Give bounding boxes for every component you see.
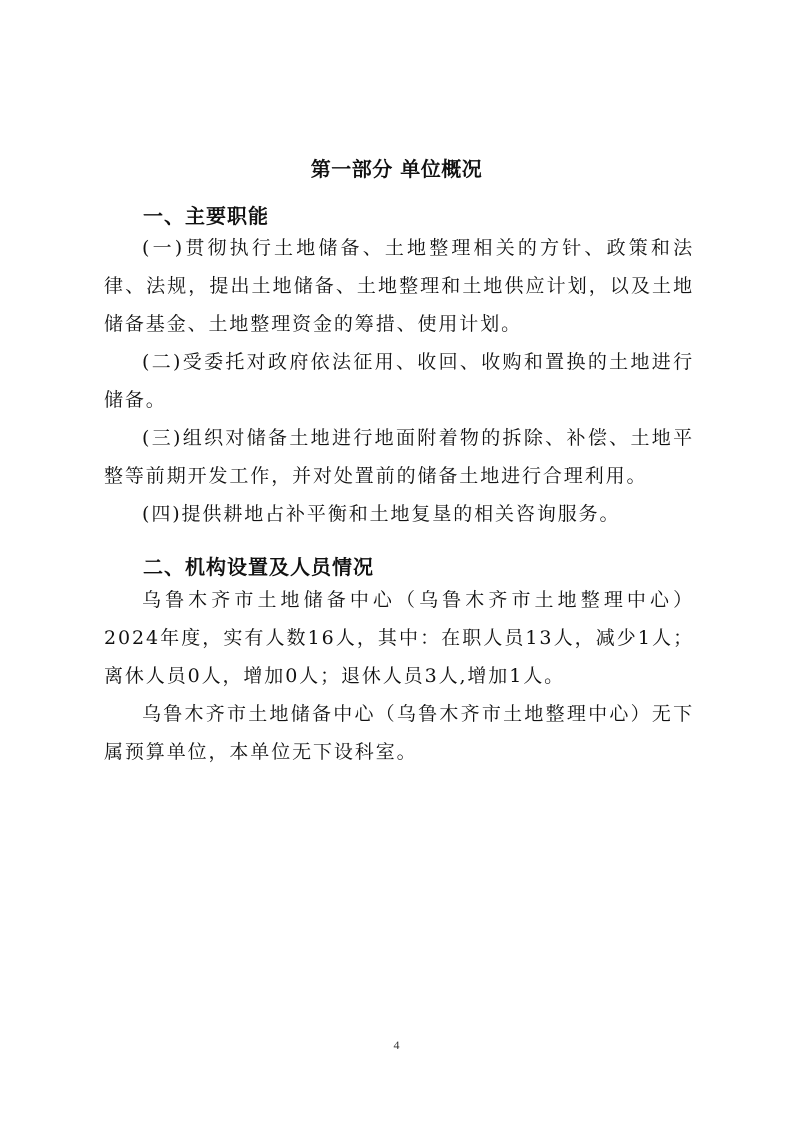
paragraph-function-2: (二)受委托对政府依法征用、收回、收购和置换的土地进行储备。: [104, 343, 694, 419]
part-title: 第一部分 单位概况: [0, 153, 793, 182]
paragraph-function-4: (四)提供耕地占补平衡和土地复垦的相关咨询服务。: [104, 495, 694, 533]
paragraph-staffing: 乌鲁木齐市土地储备中心（乌鲁木齐市土地整理中心）2024年度，实有人数16人，其…: [104, 581, 694, 695]
page-number: 4: [0, 1038, 793, 1053]
section-heading-functions: 一、主要职能: [143, 200, 269, 229]
document-page: 第一部分 单位概况 一、主要职能 (一)贯彻执行土地储备、土地整理相关的方针、政…: [0, 0, 793, 1122]
section-heading-organization: 二、机构设置及人员情况: [143, 551, 374, 580]
paragraph-function-1: (一)贯彻执行土地储备、土地整理相关的方针、政策和法律、法规，提出土地储备、土地…: [104, 229, 694, 343]
paragraph-subordinate-units: 乌鲁木齐市土地储备中心（乌鲁木齐市土地整理中心）无下属预算单位，本单位无下设科室…: [104, 695, 694, 771]
paragraph-function-3: (三)组织对储备土地进行地面附着物的拆除、补偿、土地平整等前期开发工作，并对处置…: [104, 419, 694, 495]
